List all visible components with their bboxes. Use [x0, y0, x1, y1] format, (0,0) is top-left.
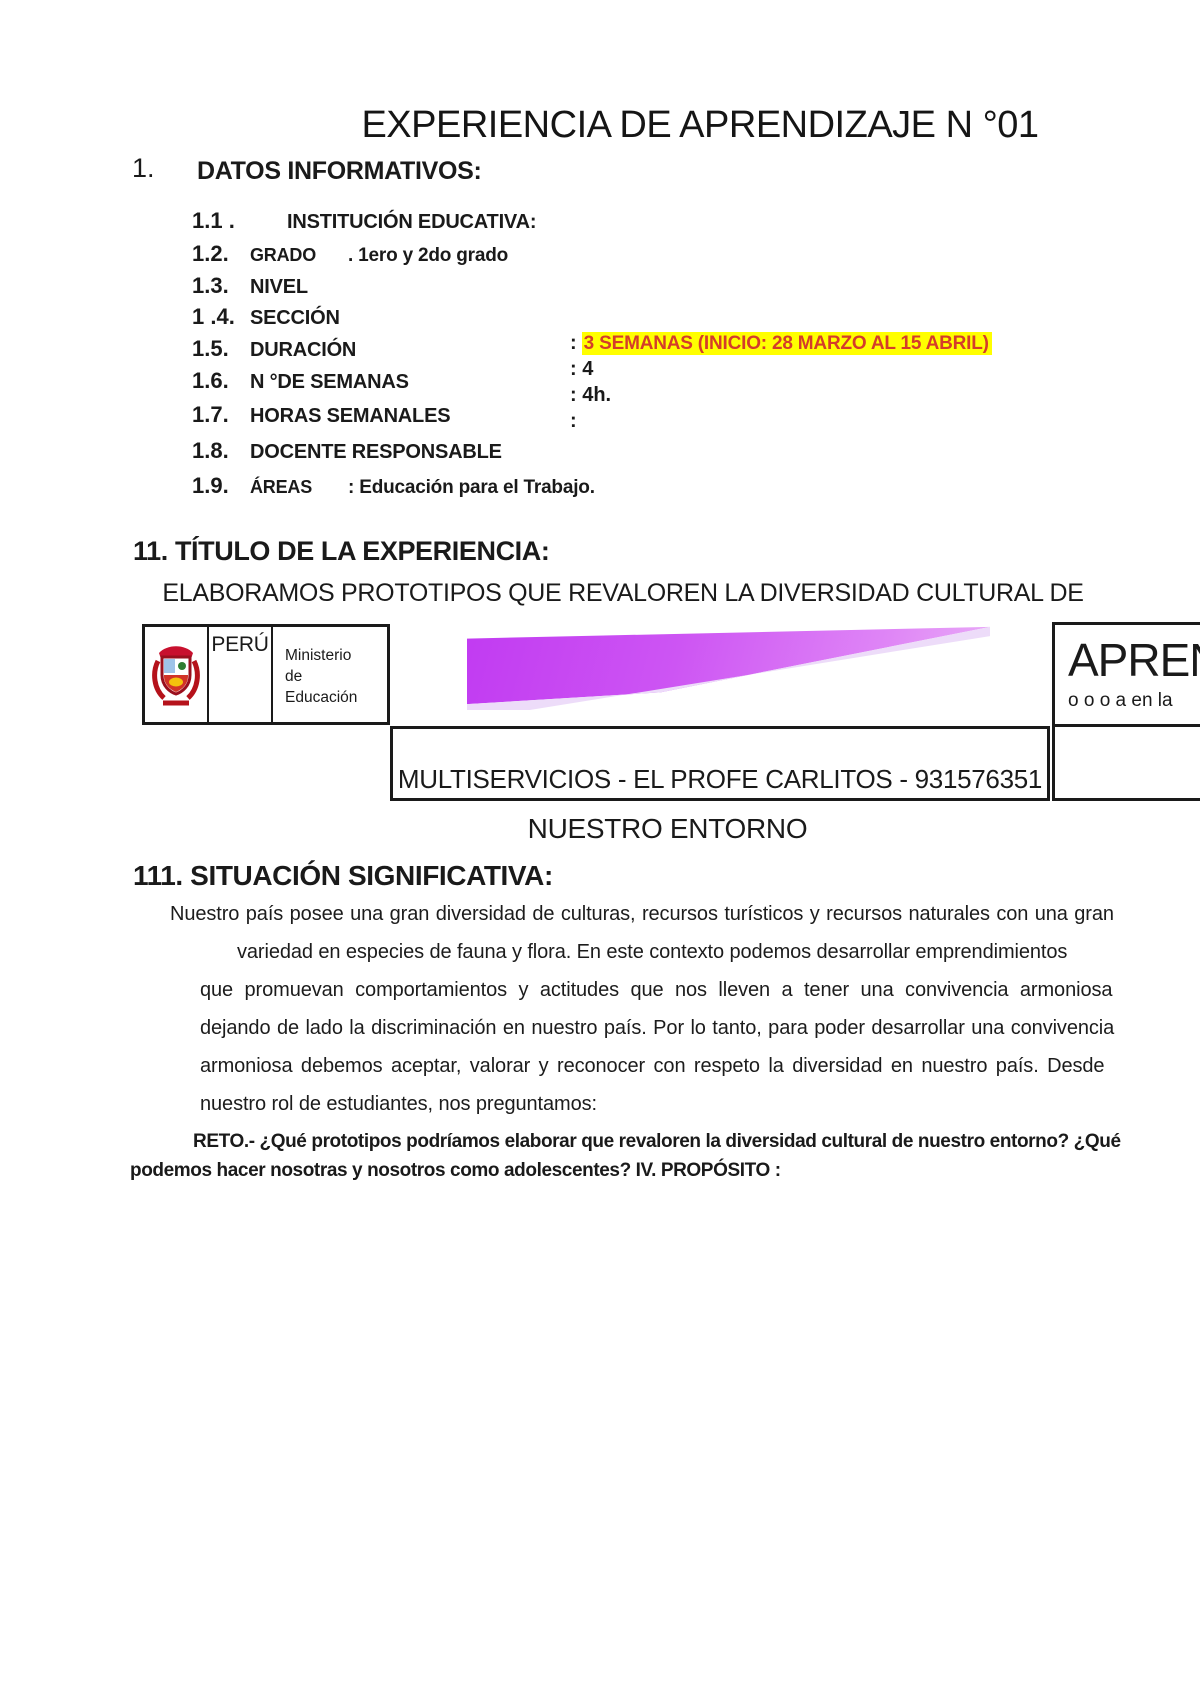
- experience-title-line1: ELABORAMOS PROTOTIPOS QUE REVALOREN LA D…: [153, 579, 1093, 608]
- item-value: . 1ero y 2do grado: [348, 245, 508, 266]
- list-item-docente: 1.8.DOCENTE RESPONSABLE: [192, 438, 502, 464]
- item-label: DURACIÓN: [250, 339, 356, 361]
- item-number: 1.7.: [192, 402, 250, 428]
- reto-line: RETO.- ¿Qué prototipos podríamos elabora…: [193, 1131, 1121, 1153]
- item-label: GRADO: [250, 245, 316, 265]
- item-number: 1.5.: [192, 336, 250, 362]
- document-title: EXPERIENCIA DE APRENDIZAJE N °01: [200, 104, 1200, 147]
- experience-title-line2: NUESTRO ENTORNO: [390, 813, 945, 845]
- paragraph-line: dejando de lado la discriminación en nue…: [200, 1017, 1114, 1040]
- aprendo-box-bottom: [1055, 727, 1200, 798]
- paragraph-line: variedad en especies de fauna y flora. E…: [237, 941, 1067, 964]
- purple-wedge-main: [467, 626, 990, 710]
- item-number: 1.3.: [192, 273, 250, 299]
- paragraph-line: armoniosa debemos aceptar, valorar y rec…: [200, 1055, 1104, 1078]
- paragraph-line: nuestro rol de estudiantes, nos pregunta…: [200, 1093, 597, 1116]
- duracion-value: :3 SEMANAS (INICIO: 28 MARZO AL 15 ABRIL…: [570, 330, 992, 356]
- minedu-banner-box: PERÚ Ministerio de Educación: [142, 624, 390, 725]
- ministry-label: Ministerio de Educación: [273, 627, 387, 722]
- document-page: EXPERIENCIA DE APRENDIZAJE N °01 1. DATO…: [0, 0, 1200, 1698]
- item-label: ÁREAS: [250, 477, 312, 497]
- paragraph-line: Nuestro país posee una gran diversidad d…: [170, 903, 1114, 926]
- logo-cell: [145, 627, 209, 722]
- values-column: :3 SEMANAS (INICIO: 28 MARZO AL 15 ABRIL…: [570, 330, 992, 434]
- item-number: 1.6.: [192, 368, 250, 394]
- aprendo-box-top: APREN o o o a en la: [1055, 625, 1200, 727]
- reto-line: podemos hacer nosotras y nosotros como a…: [130, 1160, 781, 1182]
- provider-box: MULTISERVICIOS - EL PROFE CARLITOS - 931…: [390, 726, 1050, 801]
- item-label: NIVEL: [250, 276, 308, 298]
- item-number: 1.2.: [192, 241, 250, 267]
- item-number: 1.8.: [192, 438, 250, 464]
- num-semanas-value: : 4: [570, 356, 992, 382]
- list-item-areas: 1.9.ÁREAS: Educación para el Trabajo.: [192, 473, 595, 499]
- list-item-nivel: 1.3.NIVEL: [192, 273, 308, 299]
- peru-label: PERÚ: [209, 627, 273, 722]
- item-number: 1.1 .: [192, 208, 287, 234]
- provider-text: MULTISERVICIOS - EL PROFE CARLITOS - 931…: [398, 764, 1042, 795]
- item-label: DOCENTE RESPONSABLE: [250, 441, 502, 463]
- list-item-grado: 1.2.GRADO. 1ero y 2do grado: [192, 241, 508, 267]
- paragraph-line: que promuevan comportamientos y actitude…: [200, 979, 1112, 1002]
- item-label: N °DE SEMANAS: [250, 371, 409, 393]
- list-item-duracion: 1.5.DURACIÓN: [192, 336, 356, 362]
- purple-wedge-graphic: [467, 626, 990, 710]
- peru-coat-of-arms-icon: [151, 641, 201, 709]
- item-value: : Educación para el Trabajo.: [348, 477, 595, 498]
- aprendo-title: APREN: [1068, 633, 1200, 687]
- list-item-num-semanas: 1.6.N °DE SEMANAS: [192, 368, 409, 394]
- section-3-heading: 111. SITUACIÓN SIGNIFICATIVA:: [133, 860, 553, 892]
- list-item-horas-semanales: 1.7.HORAS SEMANALES: [192, 402, 450, 428]
- item-label: SECCIÓN: [250, 307, 340, 329]
- item-number: 1 .4.: [192, 304, 250, 330]
- horas-semanales-value: : 4h.: [570, 382, 992, 408]
- ministry-line: de: [285, 666, 387, 687]
- ministry-line: Ministerio: [285, 645, 387, 666]
- list-item-seccion: 1 .4.SECCIÓN: [192, 304, 340, 330]
- item-label: INSTITUCIÓN EDUCATIVA:: [287, 211, 536, 233]
- colon: :: [570, 332, 577, 354]
- ministry-line: Educación: [285, 687, 387, 708]
- section-2-heading: 11. TÍTULO DE LA EXPERIENCIA:: [133, 536, 549, 567]
- trailing-colon: :: [570, 408, 992, 434]
- duracion-highlight: 3 SEMANAS (INICIO: 28 MARZO AL 15 ABRIL): [582, 332, 992, 355]
- item-number: 1.9.: [192, 473, 250, 499]
- section-1-number: 1.: [132, 153, 155, 184]
- section-1-heading: DATOS INFORMATIVOS:: [197, 157, 482, 186]
- aprendo-subtitle: o o o a en la: [1068, 690, 1200, 712]
- item-label: HORAS SEMANALES: [250, 405, 450, 427]
- list-item-institucion: 1.1 .INSTITUCIÓN EDUCATIVA:: [192, 208, 536, 234]
- aprendo-box: APREN o o o a en la: [1052, 622, 1200, 801]
